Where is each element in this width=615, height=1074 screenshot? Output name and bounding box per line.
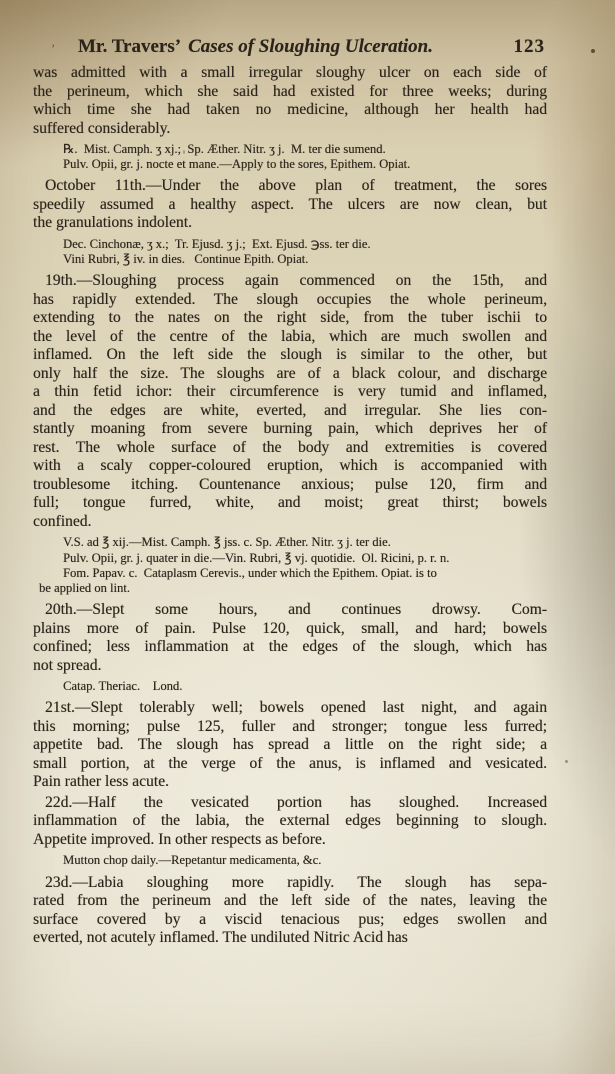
text-line: the granulations indolent.	[33, 214, 547, 233]
text-line: extending to the nates on the right side…	[33, 309, 547, 328]
text-line: rated from the perineum and the left sid…	[33, 892, 547, 911]
text-line: this morning; pulse 125, fuller and stro…	[33, 718, 547, 737]
text-line: inflamed. On the left side the slough is…	[33, 346, 547, 365]
text-line: Pain rather less acute.	[33, 773, 547, 792]
text-line: with a scaly copper-coloured eruption, w…	[33, 457, 547, 476]
running-header: ’ Mr. Travers’Cases of Sloughing Ulcerat…	[33, 36, 547, 62]
text-line: only half the size. The sloughs are of a…	[33, 365, 547, 384]
text-line: 21st.—Slept tolerably well; bowels opene…	[33, 699, 547, 718]
text-line: everted, not acutely inflamed. The undil…	[33, 929, 547, 948]
paragraph-21st: 21st.—Slept tolerably well; bowels opene…	[33, 699, 547, 792]
ink-speck	[565, 760, 568, 763]
paragraph-october-11th: October 11th.—Under the above plan of tr…	[33, 177, 547, 233]
text-line: 22d.—Half the vesicated portion has slou…	[33, 794, 547, 813]
text-line: a thin fetid ichor: their circumference …	[33, 383, 547, 402]
stray-ink-mark: ’	[51, 41, 55, 57]
text-line: confined.	[33, 513, 547, 532]
text-line: Dec. Cinchonæ, ʒ x.; Tr. Ejusd. ʒ j.; Ex…	[63, 237, 547, 252]
paragraph-19th: 19th.—Sloughing process again commenced …	[33, 272, 547, 531]
paragraph-23d: 23d.—Labia sloughing more rapidly. The s…	[33, 874, 547, 948]
text-line: 19th.—Sloughing process again commenced …	[33, 272, 547, 291]
text-line: Mutton chop daily.—Repetantur medicament…	[63, 853, 547, 868]
ink-speck	[183, 150, 185, 154]
text-line: small portion, at the verge of the anus,…	[33, 755, 547, 774]
text-line: which time she had taken no medicine, al…	[33, 101, 547, 120]
text-line: inflammation of the labia, the external …	[33, 812, 547, 831]
text-line: plains more of pain. Pulse 120, quick, s…	[33, 620, 547, 639]
text-line: 20th.—Slept some hours, and continues dr…	[33, 601, 547, 620]
text-line: October 11th.—Under the above plan of tr…	[33, 177, 547, 196]
text-line: stantly moaning from severe burning pain…	[33, 420, 547, 439]
scanned-book-page: ’ Mr. Travers’Cases of Sloughing Ulcerat…	[0, 0, 615, 1074]
text-line: and the edges are white, everted, and ir…	[33, 402, 547, 421]
prescription-mutton-chop: Mutton chop daily.—Repetantur medicament…	[63, 853, 547, 868]
text-line: Pulv. Opii, gr. j. quater in die.—Vin. R…	[63, 551, 547, 566]
header-title-italic: Cases of Sloughing Ulceration.	[188, 36, 433, 57]
header-title: Mr. Travers’Cases of Sloughing Ulceratio…	[78, 36, 433, 58]
text-line: Fom. Papav. c. Cataplasm Cerevis., under…	[63, 566, 547, 581]
paragraph-continuation: was admitted with a small irregular slou…	[33, 64, 547, 138]
text-line: not spread.	[33, 657, 547, 676]
text-line: the level of the centre of the labia, wh…	[33, 328, 547, 347]
text-line: surface covered by a viscid tenacious pu…	[33, 911, 547, 930]
text-line: troublesome itching. Countenance anxious…	[33, 476, 547, 495]
text-line: be applied on lint.	[39, 581, 547, 596]
text-line: rest. The whole surface of the body and …	[33, 439, 547, 458]
text-line: 23d.—Labia sloughing more rapidly. The s…	[33, 874, 547, 893]
prescription-catap-theriac: Catap. Theriac. Lond.	[63, 679, 547, 694]
text-line: speedily assumed a healthy aspect. The u…	[33, 196, 547, 215]
paragraph-22d: 22d.—Half the vesicated portion has slou…	[33, 794, 547, 850]
text-line: was admitted with a small irregular slou…	[33, 64, 547, 83]
text-line: the perineum, which she said had existed…	[33, 83, 547, 102]
text-line: Vini Rubri, ℥ iv. in dies. Continue Epit…	[63, 252, 547, 267]
prescription-dec-cinchonae: Dec. Cinchonæ, ʒ x.; Tr. Ejusd. ʒ j.; Ex…	[63, 237, 547, 267]
page-text: was admitted with a small irregular slou…	[33, 64, 547, 950]
page-number: 123	[514, 36, 546, 58]
text-line: full; tongue furred, white, and moist; g…	[33, 494, 547, 513]
prescription-vs: V.S. ad ℥ xij.—Mist. Camph. ℥ jss. c. Sp…	[63, 535, 547, 596]
text-line: Appetite improved. In other respects as …	[33, 831, 547, 850]
text-line: Catap. Theriac. Lond.	[63, 679, 547, 694]
text-line: ℞. Mist. Camph. ʒ xj.; Sp. Æther. Nitr. …	[63, 142, 547, 157]
ink-speck	[591, 49, 595, 53]
paragraph-20th: 20th.—Slept some hours, and continues dr…	[33, 601, 547, 675]
text-line: suffered considerably.	[33, 120, 547, 139]
header-author: Mr. Travers’	[78, 36, 181, 57]
text-line: confined; less inflammation at the edges…	[33, 638, 547, 657]
text-line: has rapidly extended. The slough occupie…	[33, 291, 547, 310]
text-line: Pulv. Opii, gr. j. nocte et mane.—Apply …	[63, 157, 547, 172]
text-line: appetite bad. The slough has spread a li…	[33, 736, 547, 755]
prescription-mist-camph: ℞. Mist. Camph. ʒ xj.; Sp. Æther. Nitr. …	[63, 142, 547, 172]
text-line: V.S. ad ℥ xij.—Mist. Camph. ℥ jss. c. Sp…	[63, 535, 547, 550]
